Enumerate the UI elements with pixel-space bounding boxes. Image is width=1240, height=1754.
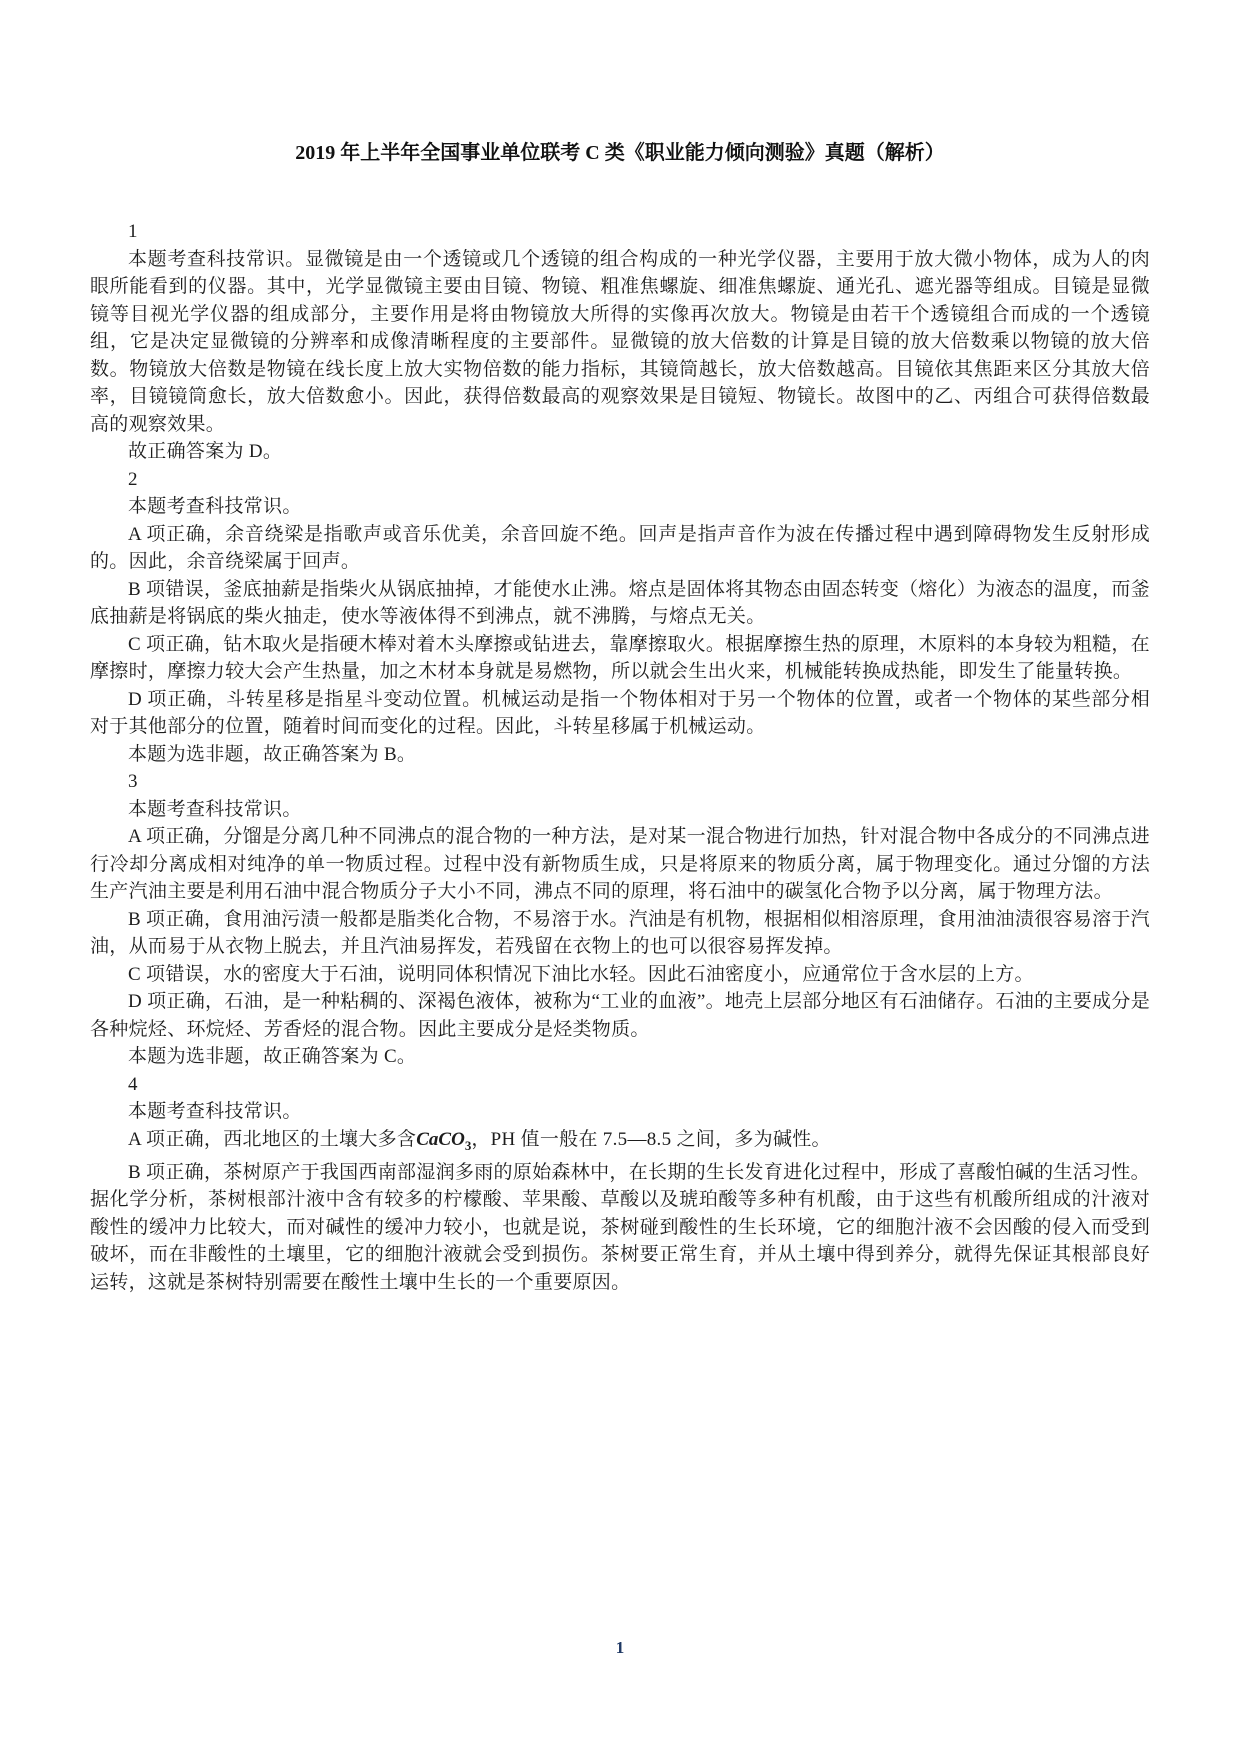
- document-page: 2019 年上半年全国事业单位联考 C 类《职业能力倾向测验》真题（解析） 1 …: [0, 0, 1240, 1754]
- answer-line: 本题为选非题，故正确答案为 B。: [90, 741, 1150, 769]
- option-d-paragraph: D 项正确，石油，是一种粘稠的、深褐色液体，被称为“工业的血液”。地壳上层部分地…: [90, 988, 1150, 1043]
- explanation-intro: 本题考查科技常识。: [90, 493, 1150, 521]
- option-b-paragraph: B 项正确，茶树原产于我国西南部湿润多雨的原始森林中，在长期的生长发育进化过程中…: [90, 1159, 1150, 1297]
- option-a-suffix: ，PH 值一般在 7.5—8.5 之间，多为碱性。: [471, 1129, 831, 1150]
- option-d-paragraph: D 项正确，斗转星移是指星斗变动位置。机械运动是指一个物体相对于另一个物体的位置…: [90, 686, 1150, 741]
- question-number-4: 4: [90, 1071, 1150, 1099]
- option-b-paragraph: B 项错误，釜底抽薪是指柴火从锅底抽掉，才能使水止沸。熔点是固体将其物态由固态转…: [90, 576, 1150, 631]
- option-c-paragraph: C 项错误，水的密度大于石油，说明同体积情况下油比水轻。因此石油密度小，应通常位…: [90, 961, 1150, 989]
- question-number-1: 1: [90, 218, 1150, 246]
- option-a-paragraph: A 项正确，分馏是分离几种不同沸点的混合物的一种方法，是对某一混合物进行加热，针…: [90, 823, 1150, 906]
- chemical-formula-caco3: CaCO3: [416, 1129, 471, 1150]
- document-title: 2019 年上半年全国事业单位联考 C 类《职业能力倾向测验》真题（解析）: [90, 140, 1150, 166]
- formula-base: CaCO: [416, 1129, 465, 1150]
- option-a-paragraph-with-formula: A 项正确，西北地区的土壤大多含CaCO3，PH 值一般在 7.5—8.5 之间…: [90, 1126, 1150, 1159]
- question-number-2: 2: [90, 466, 1150, 494]
- option-a-paragraph: A 项正确，余音绕梁是指歌声或音乐优美，余音回旋不绝。回声是指声音作为波在传播过…: [90, 521, 1150, 576]
- explanation-paragraph: 本题考查科技常识。显微镜是由一个透镜或几个透镜的组合构成的一种光学仪器，主要用于…: [90, 246, 1150, 439]
- explanation-intro: 本题考查科技常识。: [90, 796, 1150, 824]
- document-body: 1 本题考查科技常识。显微镜是由一个透镜或几个透镜的组合构成的一种光学仪器，主要…: [90, 218, 1150, 1296]
- page-number: 1: [0, 1638, 1240, 1658]
- option-c-paragraph: C 项正确，钻木取火是指硬木棒对着木头摩擦或钻进去，靠摩擦取火。根据摩擦生热的原…: [90, 631, 1150, 686]
- answer-line: 本题为选非题，故正确答案为 C。: [90, 1043, 1150, 1071]
- explanation-intro: 本题考查科技常识。: [90, 1098, 1150, 1126]
- option-b-paragraph: B 项正确，食用油污渍一般都是脂类化合物，不易溶于水。汽油是有机物，根据相似相溶…: [90, 906, 1150, 961]
- question-number-3: 3: [90, 768, 1150, 796]
- option-a-prefix: A 项正确，西北地区的土壤大多含: [128, 1129, 416, 1150]
- answer-line: 故正确答案为 D。: [90, 438, 1150, 466]
